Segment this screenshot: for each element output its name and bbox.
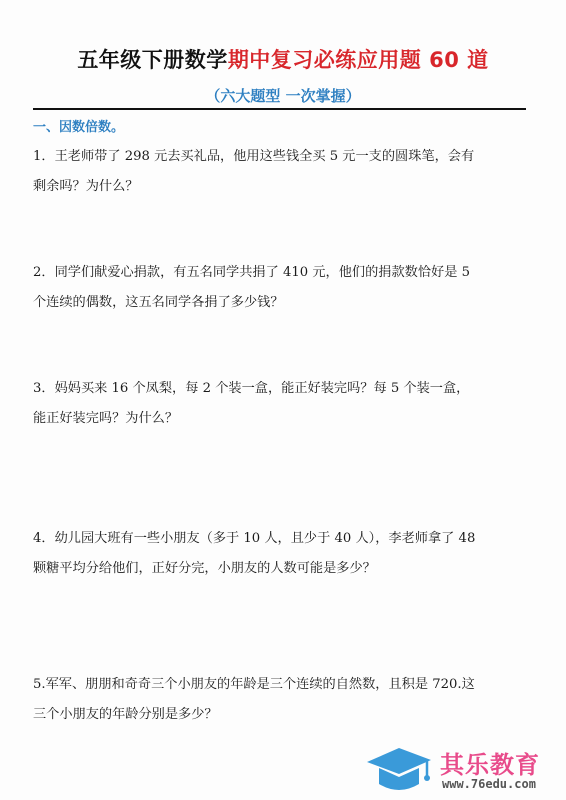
page-subtitle: （六大题型 一次掌握） [0, 85, 566, 106]
question-line: 3．妈妈买来 16 个凤梨，每 2 个装一盒，能正好装完吗？每 5 个装一盒， [33, 374, 533, 404]
question-4: 4．幼儿园大班有一些小朋友（多于 10 人，且少于 40 人），李老师拿了 48… [33, 524, 533, 584]
question-line: 能正好装完吗？为什么？ [33, 404, 533, 434]
question-line: 剩余吗？为什么？ [33, 172, 533, 202]
title-highlight: 期中复习必练应用题 60 道 [228, 48, 489, 72]
watermark-name: 其乐教育 [440, 745, 540, 780]
section-heading: 一、因数倍数。 [33, 116, 124, 135]
title-divider [33, 108, 526, 110]
question-line: 三个小朋友的年龄分别是多少？ [33, 700, 533, 730]
question-line: 4．幼儿园大班有一些小朋友（多于 10 人，且少于 40 人），李老师拿了 48 [33, 524, 533, 554]
question-line: 5.军军、朋朋和奇奇三个小朋友的年龄是三个连续的自然数，且积是 720.这 [33, 670, 533, 700]
question-3: 3．妈妈买来 16 个凤梨，每 2 个装一盒，能正好装完吗？每 5 个装一盒， … [33, 374, 533, 434]
worksheet-page: 五年级下册数学期中复习必练应用题 60 道 （六大题型 一次掌握） 一、因数倍数… [0, 0, 566, 800]
question-line: 个连续的偶数，这五名同学各捐了多少钱？ [33, 288, 533, 318]
graduation-cap-icon [365, 744, 437, 796]
title-prefix: 五年级下册数学 [77, 48, 228, 72]
question-2: 2．同学们献爱心捐款，有五名同学共捐了 410 元，他们的捐款数恰好是 5 个连… [33, 258, 533, 318]
question-line: 颗糖平均分给他们，正好分完，小朋友的人数可能是多少？ [33, 554, 533, 584]
question-1: 1．王老师带了 298 元去买礼品，他用这些钱全买 5 元一支的圆珠笔，会有 剩… [33, 142, 533, 202]
question-5: 5.军军、朋朋和奇奇三个小朋友的年龄是三个连续的自然数，且积是 720.这 三个… [33, 670, 533, 730]
watermark-logo: 其乐教育 www.76edu.com [365, 744, 565, 796]
watermark-url: www.76edu.com [442, 777, 536, 791]
page-title: 五年级下册数学期中复习必练应用题 60 道 [0, 44, 566, 74]
question-line: 2．同学们献爱心捐款，有五名同学共捐了 410 元，他们的捐款数恰好是 5 [33, 258, 533, 288]
question-line: 1．王老师带了 298 元去买礼品，他用这些钱全买 5 元一支的圆珠笔，会有 [33, 142, 533, 172]
